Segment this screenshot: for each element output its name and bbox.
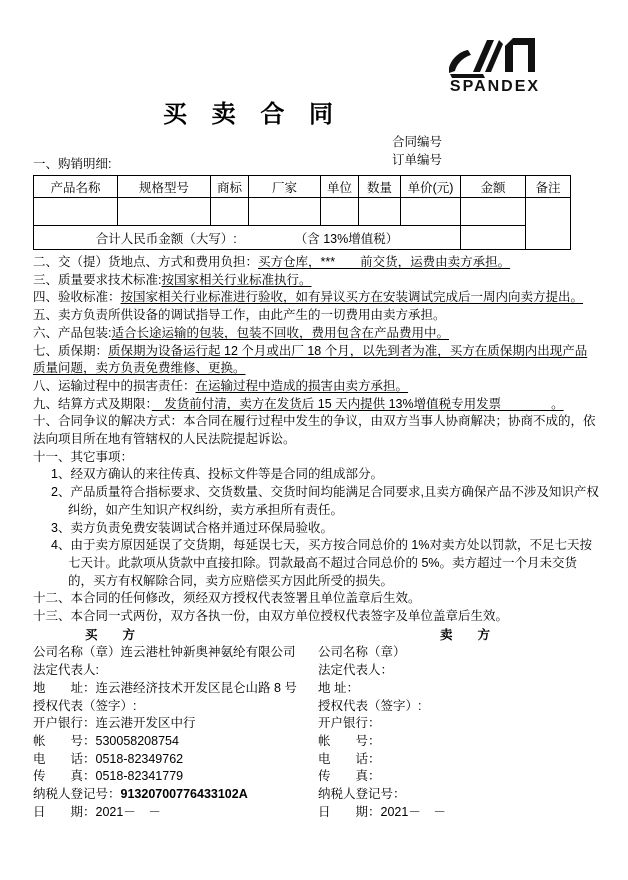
buyer-fax-row: 传 真：0518-82341779 <box>33 768 318 786</box>
clause-fill: 按国家相关行业标准执行。 <box>161 273 311 287</box>
col-remark: 备注 <box>526 176 571 198</box>
clause-fill: 质保期为设备运行起 12 个月或出厂 18 个月，以先到者为准，买方在质保期内出… <box>33 344 587 376</box>
field-value: 91320700776433102A <box>121 787 248 801</box>
field-label: 传 真： <box>318 769 381 783</box>
sub-item-2: 2、产品质量符合指标要求、交货数量、交货时间均能满足合同要求,且卖方确保产品不涉… <box>33 484 599 519</box>
clause-fill: 适合长途运输的包装，包装不回收，费用包含在产品费用中。 <box>111 326 449 340</box>
seller-fax-row: 传 真： <box>318 768 599 786</box>
spandex-logo-icon <box>443 34 547 78</box>
clause-transport-damage: 八、运输过程中的损害责任：在运输过程中造成的损害由卖方承担。 <box>33 378 599 396</box>
buyer-header: 买 方 <box>33 627 318 645</box>
clause-modification: 十二、本合同的任何修改，须经双方授权代表签署且单位盖章后生效。 <box>33 590 599 608</box>
other-items-heading: 十一、其它事项： <box>33 449 599 467</box>
order-no-label: 订单编号 <box>392 151 442 169</box>
field-label: 地 址： <box>33 681 96 695</box>
clause-dispute: 十、合同争议的解决方式：本合同在履行过程中发生的争议，由双方当事人协商解决；协商… <box>33 413 599 448</box>
clause-acceptance: 四、验收标准：按国家相关行业标准进行验收，如有异议买方在安装调试完成后一周内向卖… <box>33 289 599 307</box>
field-label: 公司名称（章） <box>33 645 121 659</box>
col-unit: 单位 <box>321 176 359 198</box>
buyer-company-row: 公司名称（章）连云港杜钟新奥神氨纶有限公司 <box>33 644 318 662</box>
field-label: 纳税人登记号： <box>33 787 121 801</box>
field-value: 530058208754 <box>96 734 179 748</box>
product-table: 产品名称 规格型号 商标 厂家 单位 数量 单价(元) 金额 备注 合计人民币金… <box>33 175 571 250</box>
clause-delivery: 二、交（提）货地点、方式和费用负担：买方仓库，*** 前交货，运费由卖方承担。 <box>33 254 599 272</box>
seller-bank-row: 开户银行： <box>318 715 599 733</box>
field-value: 2021－ － <box>381 805 446 819</box>
contract-page: SPANDEX 买 卖 合 同 合同编号 订单编号 一、购销明细: 产品名称 规… <box>0 0 628 880</box>
col-spec-model: 规格型号 <box>118 176 211 198</box>
sub-item-1: 1、经双方确认的来往传真、投标文件等是合同的组成部分。 <box>33 466 599 484</box>
tax-note: （含 13%增值税） <box>295 232 399 246</box>
total-amount-cell: 合计人民币金额（大写）:（含 13%增值税） <box>34 226 461 250</box>
brand-text: SPANDEX <box>438 79 552 95</box>
buyer-bank-row: 开户银行：连云港开发区中行 <box>33 715 318 733</box>
seller-account-row: 帐 号： <box>318 733 599 751</box>
seller-column: 卖 方 公司名称（章） 法定代表人： 地 址： 授权代表（签字）: 开户银行： … <box>318 627 599 822</box>
col-product-name: 产品名称 <box>34 176 118 198</box>
clause-prefix: 八、运输过程中的损害责任： <box>33 379 196 393</box>
seller-authorized-rep-row: 授权代表（签字）: <box>318 698 599 716</box>
seller-legal-rep-row: 法定代表人： <box>318 662 599 680</box>
table-empty-row <box>34 198 571 226</box>
field-value: 连云港杜钟新奥神氨纶有限公司 <box>121 645 296 659</box>
field-value: 0518-82341779 <box>96 769 184 783</box>
cell-unit <box>321 198 359 226</box>
field-value: 0518-82349762 <box>96 752 184 766</box>
field-label: 公司名称（章） <box>318 645 406 659</box>
table-header-row: 产品名称 规格型号 商标 厂家 单位 数量 单价(元) 金额 备注 <box>34 176 571 198</box>
clause-settlement: 九、结算方式及期限： 发货前付清，卖方在发货后 15 天内提供 13%增值税专用… <box>33 396 599 414</box>
col-trademark: 商标 <box>211 176 249 198</box>
field-value: 2021－ － <box>96 805 161 819</box>
cell-amount <box>461 198 526 226</box>
seller-company-row: 公司名称（章） <box>318 644 599 662</box>
clause-fill: 买方仓库，*** 前交货，运费由卖方承担。 <box>258 255 510 269</box>
clause-commissioning: 五、卖方负责所供设备的调试指导工作，由此产生的一切费用由卖方承担。 <box>33 307 599 325</box>
seller-phone-row: 电 话： <box>318 751 599 769</box>
field-label: 开户银行： <box>318 716 381 730</box>
clause-prefix: 五、卖方负责所供设备的调试指导工作，由此产生的一切费用由卖方承担。 <box>33 308 446 322</box>
field-label: 日 期： <box>318 805 381 819</box>
seller-date-row: 日 期：2021－ － <box>318 804 599 822</box>
col-unit-price: 单价(元) <box>401 176 461 198</box>
clause-warranty: 七、质保期：质保期为设备运行起 12 个月或出厂 18 个月，以先到者为准，买方… <box>33 343 599 378</box>
field-value: 连云港经济技术开发区昆仑山路 8 号 <box>96 681 297 695</box>
cell-remark <box>526 198 571 250</box>
buyer-account-row: 帐 号：530058208754 <box>33 733 318 751</box>
cell-spec-model <box>118 198 211 226</box>
field-label: 帐 号： <box>318 734 381 748</box>
field-label: 法定代表人： <box>318 663 393 677</box>
spandex-logo: SPANDEX <box>438 34 552 95</box>
field-label: 授权代表（签字）: <box>318 699 421 713</box>
field-label: 电 话： <box>318 752 381 766</box>
header-numbers: 合同编号 订单编号 <box>392 133 442 169</box>
cell-total-amount-value <box>461 226 526 250</box>
clause-prefix: 十、合同争议的解决方式：本合同在履行过程中发生的争议，由双方当事人协商解决；协商… <box>33 414 596 446</box>
clause-prefix: 九、结算方式及期限： <box>33 397 152 411</box>
sub-item-4: 4、由于卖方原因延误了交货期，每延误七天，买方按合同总价的 1%对卖方处以罚款，… <box>33 537 599 590</box>
clause-copies: 十三、本合同一式两份，双方各执一份，由双方单位授权代表签字及单位盖章后生效。 <box>33 608 599 626</box>
clause-prefix: 四、验收标准： <box>33 290 121 304</box>
cell-trademark <box>211 198 249 226</box>
buyer-date-row: 日 期：2021－ － <box>33 804 318 822</box>
buyer-column: 买 方 公司名称（章）连云港杜钟新奥神氨纶有限公司 法定代表人: 地 址：连云港… <box>33 627 318 822</box>
seller-header: 卖 方 <box>318 627 599 645</box>
field-label: 电 话： <box>33 752 96 766</box>
col-quantity: 数量 <box>359 176 401 198</box>
contract-body: 二、交（提）货地点、方式和费用负担：买方仓库，*** 前交货，运费由卖方承担。 … <box>33 254 599 822</box>
total-label: 合计人民币金额（大写）: <box>96 232 237 246</box>
buyer-authorized-rep-row: 授权代表（签字）: <box>33 698 318 716</box>
cell-unit-price <box>401 198 461 226</box>
field-label: 法定代表人: <box>33 663 99 677</box>
field-label: 开户银行： <box>33 716 96 730</box>
cell-product-name <box>34 198 118 226</box>
clause-prefix: 三、质量要求技术标准: <box>33 273 161 287</box>
col-manufacturer: 厂家 <box>249 176 321 198</box>
clause-packaging: 六、产品包装:适合长途运输的包装，包装不回收，费用包含在产品费用中。 <box>33 325 599 343</box>
clause-fill: 按国家相关行业标准进行验收，如有异议买方在安装调试完成后一周内向卖方提出。 <box>121 290 584 304</box>
clause-prefix: 二、交（提）货地点、方式和费用负担： <box>33 255 258 269</box>
table-total-row: 合计人民币金额（大写）:（含 13%增值税） <box>34 226 571 250</box>
field-label: 帐 号： <box>33 734 96 748</box>
clause-quality-standard: 三、质量要求技术标准:按国家相关行业标准执行。 <box>33 272 599 290</box>
contract-title: 买 卖 合 同 <box>0 94 505 129</box>
field-label: 日 期： <box>33 805 96 819</box>
field-value: 连云港开发区中行 <box>96 716 196 730</box>
seller-taxpayer-row: 纳税人登记号： <box>318 786 599 804</box>
field-label: 传 真： <box>33 769 96 783</box>
cell-manufacturer <box>249 198 321 226</box>
field-label: 授权代表（签字）: <box>33 699 136 713</box>
col-amount: 金额 <box>461 176 526 198</box>
seller-address-row: 地 址： <box>318 680 599 698</box>
clause-fill: 发货前付清，卖方在发货后 15 天内提供 13%增值税专用发票 。 <box>152 397 564 411</box>
clause-prefix: 六、产品包装: <box>33 326 111 340</box>
purchase-detail-heading: 一、购销明细: <box>33 154 111 172</box>
contract-no-label: 合同编号 <box>392 133 442 151</box>
field-label: 纳税人登记号： <box>318 787 406 801</box>
sub-item-3: 3、卖方负责免费安装调试合格并通过环保局验收。 <box>33 520 599 538</box>
clause-prefix: 七、质保期： <box>33 344 108 358</box>
buyer-phone-row: 电 话：0518-82349762 <box>33 751 318 769</box>
field-label: 地 址： <box>318 681 359 695</box>
signature-block: 买 方 公司名称（章）连云港杜钟新奥神氨纶有限公司 法定代表人: 地 址：连云港… <box>33 627 599 822</box>
buyer-legal-rep-row: 法定代表人: <box>33 662 318 680</box>
buyer-address-row: 地 址：连云港经济技术开发区昆仑山路 8 号 <box>33 680 318 698</box>
clause-fill: 在运输过程中造成的损害由卖方承担。 <box>196 379 409 393</box>
buyer-taxpayer-row: 纳税人登记号：91320700776433102A <box>33 786 318 804</box>
cell-quantity <box>359 198 401 226</box>
